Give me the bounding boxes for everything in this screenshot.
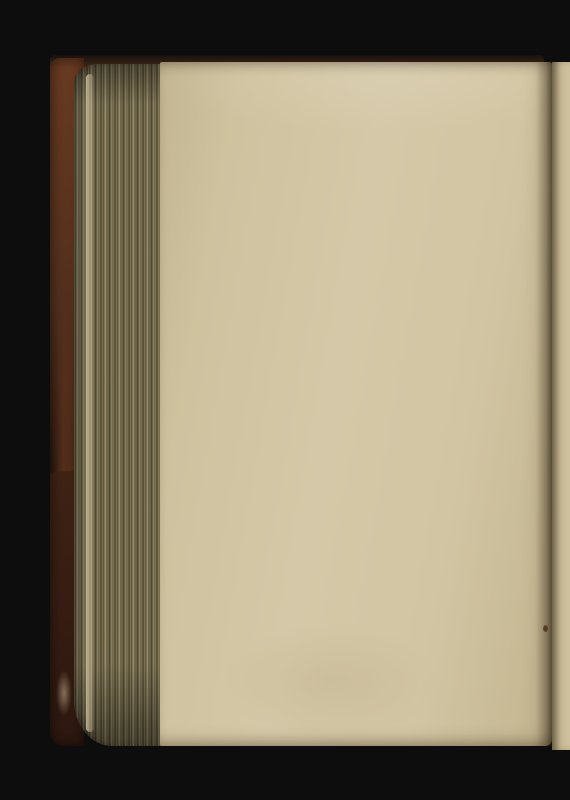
ink-spot (543, 625, 548, 632)
margin-notes-column (185, 62, 259, 746)
book-page (160, 62, 552, 746)
facing-page-edge (552, 62, 570, 750)
book-fore-edge-pages (74, 64, 166, 746)
scan-background (0, 0, 570, 800)
